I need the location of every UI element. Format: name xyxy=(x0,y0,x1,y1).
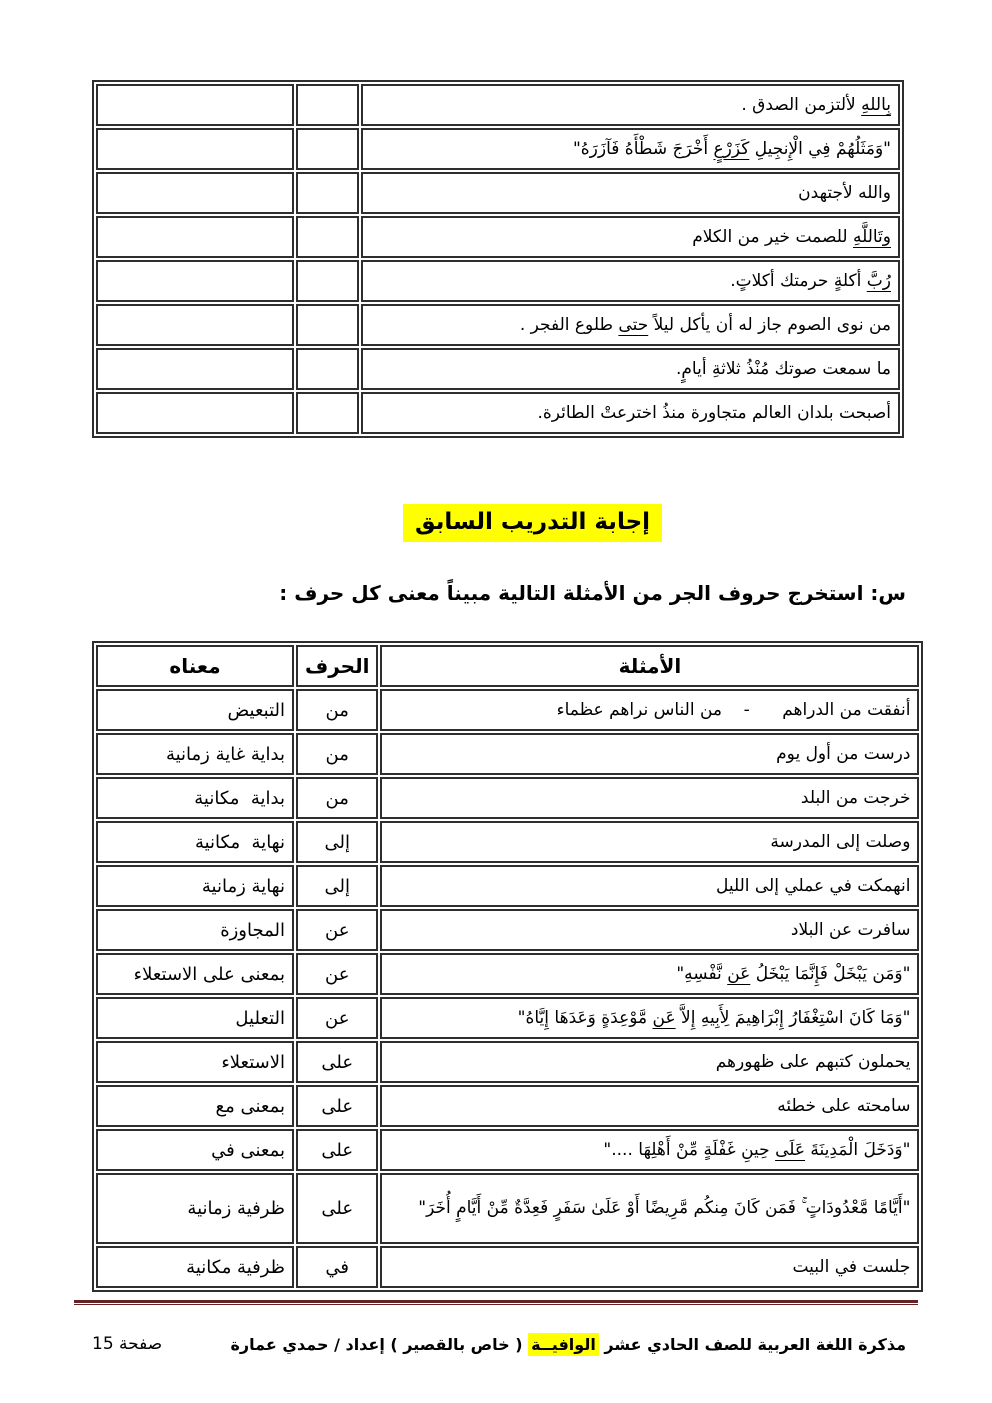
example-text: "وَمَثَلُهُمْ فِي الْإِنجِيلِ xyxy=(749,139,891,159)
answer-letter-cell-empty xyxy=(296,172,359,214)
meaning-cell: التعليل xyxy=(96,997,294,1039)
underlined-word: حتى xyxy=(618,315,648,335)
column-header-harf: الحرف xyxy=(296,645,378,687)
page-number: صفحة 15 xyxy=(92,1334,162,1354)
example-text: مَّوْعِدَةٍ وَعَدَهَا إِيَّاهُ" xyxy=(518,1008,653,1028)
meaning-cell: بمعنى على الاستعلاء xyxy=(96,953,294,995)
question-line: س: استخرج حروف الجر من الأمثلة التالية م… xyxy=(86,581,906,605)
example-text: درست من أول يوم xyxy=(776,744,910,764)
example-cell: وصلت إلى المدرسة xyxy=(380,821,919,863)
footer-text-after: ( خاص بالقصير ) إعداد / حمدي عمارة xyxy=(230,1335,528,1354)
document-page: { "colors": { "highlight": "#ffff00", "f… xyxy=(0,0,992,1403)
example-cell: والله لأجتهدن xyxy=(361,172,900,214)
answer-letter-cell-empty xyxy=(296,304,359,346)
underlined-word: بِاللهِ xyxy=(861,95,891,115)
example-cell: درست من أول يوم xyxy=(380,733,919,775)
example-cell: سامحته على خطئه xyxy=(380,1085,919,1127)
meaning-cell: التبعيض xyxy=(96,689,294,731)
meaning-cell: الاستعلاء xyxy=(96,1041,294,1083)
table-row: "وَمَا كَانَ اسْتِغْفَارُ إِبْرَاهِيمَ ل… xyxy=(96,997,919,1039)
meaning-cell: بمعنى مع xyxy=(96,1085,294,1127)
example-cell: يحملون كتبهم على ظهورهم xyxy=(380,1041,919,1083)
example-cell: "وَمَا كَانَ اسْتِغْفَارُ إِبْرَاهِيمَ ل… xyxy=(380,997,919,1039)
upper-exercise-table: بِاللهِ لألتزمن الصدق . "وَمَثَلُهُمْ فِ… xyxy=(92,80,904,438)
table-row: أصبحت بلدان العالم متجاورة منذُ اخترعتْ … xyxy=(96,392,900,434)
example-text: حِينِ غَفْلَةٍ مِّنْ أَهْلِهَا ...." xyxy=(603,1140,775,1160)
table-row: درست من أول يوم من بداية غاية زمانية xyxy=(96,733,919,775)
table-row: وصلت إلى المدرسة إلى نهاية مكانية xyxy=(96,821,919,863)
underlined-word: عَن xyxy=(653,1008,676,1028)
table-row: "أَيَّامًا مَّعْدُودَاتٍ ۚ فَمَن كَانَ م… xyxy=(96,1173,919,1244)
meaning-cell: ظرفية زمانية xyxy=(96,1173,294,1244)
answer-meaning-cell-empty xyxy=(96,392,294,434)
footer-text: مذكرة اللغة العربية للصف الحادي عشر الوا… xyxy=(230,1335,906,1354)
table-row: ما سمعت صوتك مُنْذُ ثلاثةِ أيامٍ. xyxy=(96,348,900,390)
meaning-cell: بداية غاية زمانية xyxy=(96,733,294,775)
example-text: ما سمعت صوتك مُنْذُ ثلاثةِ أيامٍ. xyxy=(676,359,891,379)
example-text: من نوى الصوم جاز له أن يأكل ليلاً xyxy=(648,315,891,335)
answer-letter-cell-empty xyxy=(296,260,359,302)
example-text: يحملون كتبهم على ظهورهم xyxy=(716,1052,911,1072)
example-cell: ما سمعت صوتك مُنْذُ ثلاثةِ أيامٍ. xyxy=(361,348,900,390)
footer-highlighted-word: الوافيــة xyxy=(528,1333,599,1356)
answer-letter-cell-empty xyxy=(296,392,359,434)
underlined-word: عَن xyxy=(727,964,750,984)
harf-cell: في xyxy=(296,1246,378,1288)
column-header-examples: الأمثلة xyxy=(380,645,919,687)
example-text: طلوع الفجر . xyxy=(520,315,619,335)
footer: مذكرة اللغة العربية للصف الحادي عشر الوا… xyxy=(92,1334,906,1354)
example-cell: خرجت من البلد xyxy=(380,777,919,819)
example-cell: من نوى الصوم جاز له أن يأكل ليلاً حتى طل… xyxy=(361,304,900,346)
table-row: سامحته على خطئه على بمعنى مع xyxy=(96,1085,919,1127)
answer-meaning-cell-empty xyxy=(96,84,294,126)
table-header-row: الأمثلة الحرف معناه xyxy=(96,645,919,687)
table-row: يحملون كتبهم على ظهورهم على الاستعلاء xyxy=(96,1041,919,1083)
example-cell: جلست في البيت xyxy=(380,1246,919,1288)
table-row: بِاللهِ لألتزمن الصدق . xyxy=(96,84,900,126)
footer-divider-line xyxy=(74,1300,918,1305)
footer-text-before: مذكرة اللغة العربية للصف الحادي عشر xyxy=(599,1335,906,1354)
example-text: "وَدَخَلَ الْمَدِينَةَ xyxy=(805,1140,910,1160)
example-text: أصبحت بلدان العالم متجاورة منذُ اخترعتْ … xyxy=(537,403,891,423)
example-cell: رُبَّ أكلةٍ حرمتك أكلاتٍ. xyxy=(361,260,900,302)
harf-cell: على xyxy=(296,1041,378,1083)
answer-meaning-cell-empty xyxy=(96,172,294,214)
harf-cell: إلى xyxy=(296,821,378,863)
answer-letter-cell-empty xyxy=(296,128,359,170)
meaning-cell: بمعنى في xyxy=(96,1129,294,1171)
answer-letter-cell-empty xyxy=(296,216,359,258)
example-cell: أصبحت بلدان العالم متجاورة منذُ اخترعتْ … xyxy=(361,392,900,434)
example-text: أَخْرَجَ شَطْأَهُ فَآزَرَهُ" xyxy=(573,139,714,159)
answers-table-wrap: الأمثلة الحرف معناه أنفقت من الدراهم - م… xyxy=(92,641,923,1292)
table-row: انهمكت في عملي إلى الليل إلى نهاية زماني… xyxy=(96,865,919,907)
answers-table: الأمثلة الحرف معناه أنفقت من الدراهم - م… xyxy=(92,641,923,1292)
table-row: خرجت من البلد من بداية مكانية xyxy=(96,777,919,819)
harf-cell: على xyxy=(296,1129,378,1171)
example-text: خرجت من البلد xyxy=(801,788,911,808)
example-text: سافرت عن البلاد xyxy=(791,920,911,940)
answer-meaning-cell-empty xyxy=(96,348,294,390)
example-text: جلست في البيت xyxy=(792,1257,910,1277)
meaning-cell: نهاية زمانية xyxy=(96,865,294,907)
table-row: سافرت عن البلاد عن المجاوزة xyxy=(96,909,919,951)
example-cell: انهمكت في عملي إلى الليل xyxy=(380,865,919,907)
example-cell: سافرت عن البلاد xyxy=(380,909,919,951)
underlined-word: رُبَّ xyxy=(867,271,891,291)
example-text: أكلةٍ حرمتك أكلاتٍ. xyxy=(730,271,867,291)
harf-cell: عن xyxy=(296,997,378,1039)
section-title-wrap: إجابة التدريب السابق xyxy=(403,504,662,542)
harf-cell: إلى xyxy=(296,865,378,907)
example-text: للصمت خير من الكلام xyxy=(692,227,853,247)
meaning-cell: نهاية مكانية xyxy=(96,821,294,863)
example-cell: وتَاللَّهِ للصمت خير من الكلام xyxy=(361,216,900,258)
answer-meaning-cell-empty xyxy=(96,216,294,258)
harf-cell: على xyxy=(296,1085,378,1127)
example-cell: "أَيَّامًا مَّعْدُودَاتٍ ۚ فَمَن كَانَ م… xyxy=(380,1173,919,1244)
example-text: والله لأجتهدن xyxy=(798,183,891,203)
table-row: والله لأجتهدن xyxy=(96,172,900,214)
meaning-cell: المجاوزة xyxy=(96,909,294,951)
table-row: "وَدَخَلَ الْمَدِينَةَ عَلَى حِينِ غَفْل… xyxy=(96,1129,919,1171)
answer-meaning-cell-empty xyxy=(96,304,294,346)
meaning-cell: ظرفية مكانية xyxy=(96,1246,294,1288)
example-cell: "وَمَثَلُهُمْ فِي الْإِنجِيلِ كَزَرْعٍ أ… xyxy=(361,128,900,170)
example-text: لألتزمن الصدق . xyxy=(741,95,861,115)
example-text: أنفقت من الدراهم - من الناس نراهم عظماء xyxy=(557,700,911,720)
example-text: "وَمَن يَبْخَلْ فَإِنَّمَا يَبْخَلُ xyxy=(750,964,910,984)
example-text: نَّفْسِهِ" xyxy=(676,964,727,984)
answer-letter-cell-empty xyxy=(296,84,359,126)
underlined-word: كَزَرْعٍ xyxy=(713,139,749,159)
harf-cell: من xyxy=(296,733,378,775)
meaning-cell: بداية مكانية xyxy=(96,777,294,819)
harf-cell: عن xyxy=(296,909,378,951)
example-text: وصلت إلى المدرسة xyxy=(770,832,910,852)
underlined-word: عَلَى xyxy=(775,1140,805,1160)
upper-exercise-table-wrap: بِاللهِ لألتزمن الصدق . "وَمَثَلُهُمْ فِ… xyxy=(92,80,904,438)
answer-meaning-cell-empty xyxy=(96,260,294,302)
table-row: "وَمَن يَبْخَلْ فَإِنَّمَا يَبْخَلُ عَن … xyxy=(96,953,919,995)
table-row: "وَمَثَلُهُمْ فِي الْإِنجِيلِ كَزَرْعٍ أ… xyxy=(96,128,900,170)
example-cell: "وَدَخَلَ الْمَدِينَةَ عَلَى حِينِ غَفْل… xyxy=(380,1129,919,1171)
harf-cell: من xyxy=(296,777,378,819)
section-title: إجابة التدريب السابق xyxy=(403,504,662,542)
answer-meaning-cell-empty xyxy=(96,128,294,170)
table-row: من نوى الصوم جاز له أن يأكل ليلاً حتى طل… xyxy=(96,304,900,346)
table-row: وتَاللَّهِ للصمت خير من الكلام xyxy=(96,216,900,258)
example-cell: "وَمَن يَبْخَلْ فَإِنَّمَا يَبْخَلُ عَن … xyxy=(380,953,919,995)
example-cell: بِاللهِ لألتزمن الصدق . xyxy=(361,84,900,126)
column-header-meaning: معناه xyxy=(96,645,294,687)
example-text: "أَيَّامًا مَّعْدُودَاتٍ ۚ فَمَن كَانَ م… xyxy=(418,1198,910,1218)
example-text: سامحته على خطئه xyxy=(777,1096,910,1116)
table-row: جلست في البيت في ظرفية مكانية xyxy=(96,1246,919,1288)
harf-cell: على xyxy=(296,1173,378,1244)
underlined-word: وتَاللَّهِ xyxy=(853,227,891,247)
harf-cell: عن xyxy=(296,953,378,995)
table-row: رُبَّ أكلةٍ حرمتك أكلاتٍ. xyxy=(96,260,900,302)
harf-cell: من xyxy=(296,689,378,731)
table-row: أنفقت من الدراهم - من الناس نراهم عظماء … xyxy=(96,689,919,731)
example-text: انهمكت في عملي إلى الليل xyxy=(716,876,911,896)
answer-letter-cell-empty xyxy=(296,348,359,390)
example-cell: أنفقت من الدراهم - من الناس نراهم عظماء xyxy=(380,689,919,731)
example-text: "وَمَا كَانَ اسْتِغْفَارُ إِبْرَاهِيمَ ل… xyxy=(676,1008,911,1028)
